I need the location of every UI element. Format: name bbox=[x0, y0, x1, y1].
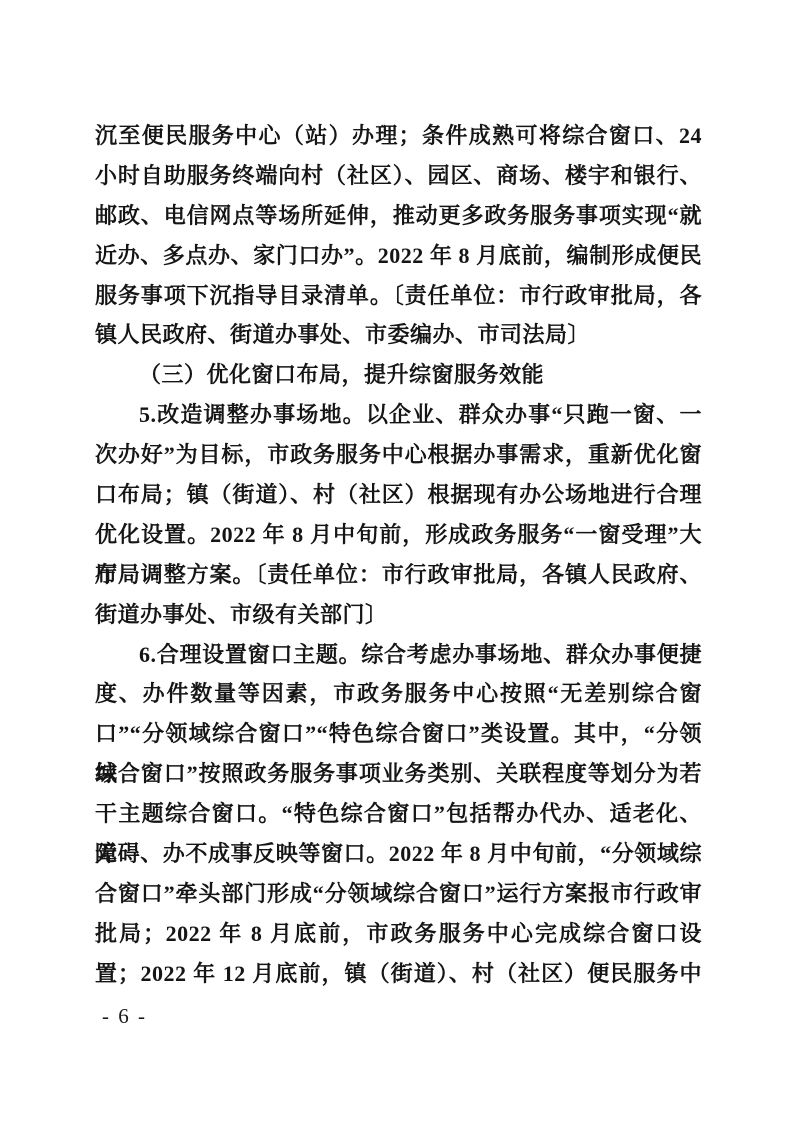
text-line: 度、办件数量等因素，市政务服务中心按照“无差别综合窗 bbox=[95, 674, 702, 714]
text-line: 障碍、办不成事反映等窗口。2022 年 8 月中旬前，“分领域综 bbox=[95, 834, 702, 874]
document-page: 沉至便民服务中心（站）办理；条件成熟可将综合窗口、24小时自助服务终端向村（社区… bbox=[0, 0, 793, 1122]
text-line: 6.合理设置窗口主题。综合考虑办事场地、群众办事便捷 bbox=[95, 635, 702, 675]
text-line: 布局调整方案。〔责任单位：市行政审批局，各镇人民政府、 bbox=[95, 555, 702, 595]
text-line: 次办好”为目标，市政务服务中心根据办事需求，重新优化窗 bbox=[95, 435, 702, 475]
document-body: 沉至便民服务中心（站）办理；条件成熟可将综合窗口、24小时自助服务终端向村（社区… bbox=[95, 116, 702, 994]
text-line: 口布局；镇（街道）、村（社区）根据现有办公场地进行合理 bbox=[95, 475, 702, 515]
text-line: 服务事项下沉指导目录清单。〔责任单位：市行政审批局，各 bbox=[95, 276, 702, 316]
text-line: 镇人民政府、街道办事处、市委编办、市司法局〕 bbox=[95, 315, 702, 355]
text-line: 口”“分领域综合窗口”“特色综合窗口”类设置。其中，“分领域 bbox=[95, 714, 702, 754]
text-line: 干主题综合窗口。“特色综合窗口”包括帮办代办、适老化、无 bbox=[95, 794, 702, 834]
text-line: 批局；2022 年 8 月底前，市政务服务中心完成综合窗口设 bbox=[95, 914, 702, 954]
page-number: - 6 - bbox=[102, 1004, 147, 1029]
text-line: 沉至便民服务中心（站）办理；条件成熟可将综合窗口、24 bbox=[95, 116, 702, 156]
section-heading: （三）优化窗口布局，提升综窗服务效能 bbox=[95, 355, 702, 395]
text-line: 优化设置。2022 年 8 月中旬前，形成政务服务“一窗受理”大厅 bbox=[95, 515, 702, 555]
text-line: 置；2022 年 12 月底前，镇（街道）、村（社区）便民服务中 bbox=[95, 954, 702, 994]
text-line: 近办、多点办、家门口办”。2022 年 8 月底前，编制形成便民 bbox=[95, 236, 702, 276]
text-line: 5.改造调整办事场地。以企业、群众办事“只跑一窗、一 bbox=[95, 395, 702, 435]
text-line: 邮政、电信网点等场所延伸，推动更多政务服务事项实现“就 bbox=[95, 196, 702, 236]
text-line: 综合窗口”按照政务服务事项业务类别、关联程度等划分为若 bbox=[95, 754, 702, 794]
text-line: 合窗口”牵头部门形成“分领域综合窗口”运行方案报市行政审 bbox=[95, 874, 702, 914]
text-line: 街道办事处、市级有关部门〕 bbox=[95, 595, 702, 635]
text-line: 小时自助服务终端向村（社区）、园区、商场、楼宇和银行、 bbox=[95, 156, 702, 196]
